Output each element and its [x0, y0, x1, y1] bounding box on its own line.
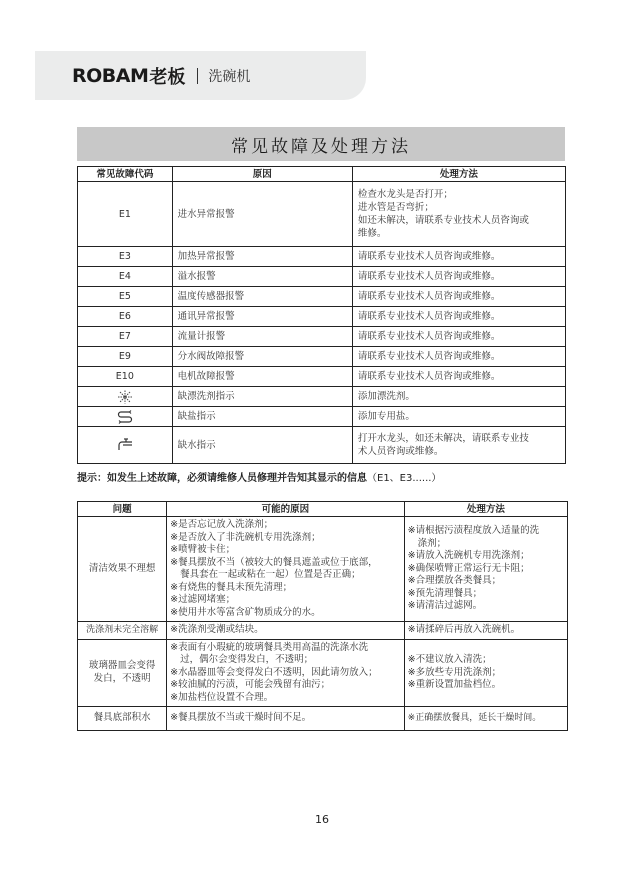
fault-solution: 请联系专业技术人员咨询或维修。 — [352, 247, 565, 267]
cause-line: 餐具套在一起或粘在一起）位置是否正确； — [170, 569, 400, 582]
table-row: E1 进水异常报警 检查水龙头是否打开； 进水管是否弯折； 如还未解决，请联系专… — [78, 182, 566, 247]
cause-line: ※喷臂被卡住； — [170, 544, 400, 557]
product-name: 洗碗机 — [208, 66, 250, 86]
tip-text: 如发生上述故障，必须请维修人员修理并告知其显示的信息 — [107, 473, 367, 484]
fault-solution: 请联系专业技术人员咨询或维修。 — [352, 287, 565, 307]
solution-line: ※请根据污渍程度放入适量的洗 — [408, 525, 564, 538]
fault-cause: 缺盐指示 — [172, 407, 352, 427]
cause-line: ※使用井水等富含矿物质成分的水。 — [170, 607, 400, 620]
column-header: 问题 — [78, 502, 167, 517]
fault-code: E6 — [78, 307, 173, 327]
cause-line: ※较油腻的污渍，可能会残留有油污； — [170, 679, 400, 692]
fault-code: E3 — [78, 247, 173, 267]
solution-line: 维修。 — [358, 227, 560, 240]
cause-line: ※加盐档位设置不合理。 — [170, 692, 400, 705]
cause-line: ※过滤网堵塞； — [170, 594, 400, 607]
fault-cause: 加热异常报警 — [172, 247, 352, 267]
fault-cause: 通讯异常报警 — [172, 307, 352, 327]
solution-line: 术人员咨询或维修。 — [358, 445, 560, 458]
solution-line: ※预先清理餐具； — [408, 588, 564, 601]
problem-line: 发白，不透明 — [81, 673, 163, 686]
fault-code — [78, 407, 173, 427]
table-row: 缺水指示 打开水龙头，如还未解决，请联系专业技 术人员咨询或维修。 — [78, 427, 566, 464]
divider — [197, 68, 198, 84]
tip-note: 提示：如发生上述故障，必须请维修人员修理并告知其显示的信息（E1、E3.....… — [77, 469, 441, 484]
solution-line: ※不建议放入清洗； — [408, 654, 564, 667]
solutions: ※请根据污渍程度放入适量的洗 涤剂； ※请放入洗碗机专用洗涤剂； ※确保喷臂正常… — [404, 517, 567, 622]
brand-latin: ROBAM — [72, 65, 148, 87]
fault-code: E5 — [78, 287, 173, 307]
causes: ※洗涤剂受潮或结块。 — [167, 622, 404, 640]
table-row: E9 分水阀故障报警 请联系专业技术人员咨询或维修。 — [78, 347, 566, 367]
problem-line: 玻璃器皿会变得 — [81, 660, 163, 673]
fault-code-table: 常见故障代码 原因 处理方法 E1 进水异常报警 检查水龙头是否打开； 进水管是… — [77, 166, 566, 464]
fault-cause: 缺水指示 — [172, 427, 352, 464]
column-header: 处理方法 — [404, 502, 567, 517]
salt-icon — [117, 410, 133, 424]
solution-line: 如还未解决，请联系专业技术人员咨询或 — [358, 214, 560, 227]
cause-line: ※有烧焦的餐具未预先清理； — [170, 582, 400, 595]
solution-line: ※重新设置加盐档位。 — [408, 679, 564, 692]
table-row: 玻璃器皿会变得 发白，不透明 ※表面有小瑕疵的玻璃餐具类用高温的洗涤水洗 过，偶… — [78, 639, 568, 707]
column-header: 原因 — [172, 167, 352, 182]
fault-code: E1 — [78, 182, 173, 247]
fault-cause: 溢水报警 — [172, 267, 352, 287]
fault-code — [78, 387, 173, 407]
table-row: 餐具底部积水 ※餐具摆放不当或干燥时间不足。 ※正确摆放餐具，延长干燥时间。 — [78, 707, 568, 731]
solution-line: ※确保喷臂正常运行无卡阻； — [408, 563, 564, 576]
table-header-row: 问题 可能的原因 处理方法 — [78, 502, 568, 517]
rinse-aid-icon — [117, 390, 133, 404]
solutions: ※请揉碎后再放入洗碗机。 — [404, 622, 567, 640]
table-row: E3 加热异常报警 请联系专业技术人员咨询或维修。 — [78, 247, 566, 267]
fault-solution: 检查水龙头是否打开； 进水管是否弯折； 如还未解决，请联系专业技术人员咨询或 维… — [352, 182, 565, 247]
solutions: ※正确摆放餐具，延长干燥时间。 — [404, 707, 567, 731]
fault-cause: 缺漂洗剂指示 — [172, 387, 352, 407]
table-row: 洗涤剂未完全溶解 ※洗涤剂受潮或结块。 ※请揉碎后再放入洗碗机。 — [78, 622, 568, 640]
causes: ※表面有小瑕疵的玻璃餐具类用高温的洗涤水洗 过，偶尔会变得发白，不透明； ※水晶… — [167, 639, 404, 707]
solution-line: 检查水龙头是否打开； — [358, 188, 560, 201]
table-row: E10 电机故障报警 请联系专业技术人员咨询或维修。 — [78, 367, 566, 387]
solution-line: 打开水龙头，如还未解决，请联系专业技 — [358, 432, 560, 445]
column-header: 处理方法 — [352, 167, 565, 182]
fault-cause: 进水异常报警 — [172, 182, 352, 247]
problem: 玻璃器皿会变得 发白，不透明 — [78, 639, 167, 707]
table-row: 缺漂洗剂指示 添加漂洗剂。 — [78, 387, 566, 407]
fault-solution: 添加漂洗剂。 — [352, 387, 565, 407]
solution-line: ※多放些专用洗涤剂； — [408, 667, 564, 680]
fault-solution: 打开水龙头，如还未解决，请联系专业技 术人员咨询或维修。 — [352, 427, 565, 464]
column-header: 常见故障代码 — [78, 167, 173, 182]
brand-cn: 老板 — [149, 63, 185, 89]
solution-line: ※请清洁过滤网。 — [408, 600, 564, 613]
fault-solution: 请联系专业技术人员咨询或维修。 — [352, 367, 565, 387]
table-row: 缺盐指示 添加专用盐。 — [78, 407, 566, 427]
table-row: E6 通讯异常报警 请联系专业技术人员咨询或维修。 — [78, 307, 566, 327]
solution-line: ※请放入洗碗机专用洗涤剂； — [408, 550, 564, 563]
page-number: 16 — [0, 813, 644, 826]
fault-code: E10 — [78, 367, 173, 387]
table-row: E7 流量计报警 请联系专业技术人员咨询或维修。 — [78, 327, 566, 347]
problem: 餐具底部积水 — [78, 707, 167, 731]
fault-solution: 请联系专业技术人员咨询或维修。 — [352, 307, 565, 327]
tip-suffix: （E1、E3......） — [367, 473, 441, 484]
causes: ※是否忘记放入洗涤剂； ※是否放入了非洗碗机专用洗涤剂； ※喷臂被卡住； ※餐具… — [167, 517, 404, 622]
fault-cause: 流量计报警 — [172, 327, 352, 347]
fault-cause: 电机故障报警 — [172, 367, 352, 387]
fault-solution: 请联系专业技术人员咨询或维修。 — [352, 267, 565, 287]
tip-label: 提示： — [77, 473, 107, 484]
solutions: ※不建议放入清洗； ※多放些专用洗涤剂； ※重新设置加盐档位。 — [404, 639, 567, 707]
causes: ※餐具摆放不当或干燥时间不足。 — [167, 707, 404, 731]
table-row: E4 溢水报警 请联系专业技术人员咨询或维修。 — [78, 267, 566, 287]
water-tap-icon — [116, 438, 134, 452]
solution-line: 进水管是否弯折； — [358, 201, 560, 214]
solution-line: 涤剂； — [408, 538, 564, 551]
fault-cause: 温度传感器报警 — [172, 287, 352, 307]
table-row: 清洁效果不理想 ※是否忘记放入洗涤剂； ※是否放入了非洗碗机专用洗涤剂； ※喷臂… — [78, 517, 568, 622]
solution-line: ※合理摆放各类餐具； — [408, 575, 564, 588]
fault-code — [78, 427, 173, 464]
cause-line: ※是否忘记放入洗涤剂； — [170, 519, 400, 532]
column-header: 可能的原因 — [167, 502, 404, 517]
cause-line: ※水晶器皿等会变得发白不透明，因此请勿放入； — [170, 667, 400, 680]
brand-logo: ROBAM 老板 洗碗机 — [72, 64, 250, 88]
fault-cause: 分水阀故障报警 — [172, 347, 352, 367]
cause-line: ※是否放入了非洗碗机专用洗涤剂； — [170, 532, 400, 545]
fault-code: E4 — [78, 267, 173, 287]
fault-solution: 请联系专业技术人员咨询或维修。 — [352, 327, 565, 347]
table-header-row: 常见故障代码 原因 处理方法 — [78, 167, 566, 182]
problem: 清洁效果不理想 — [78, 517, 167, 622]
fault-solution: 添加专用盐。 — [352, 407, 565, 427]
fault-solution: 请联系专业技术人员咨询或维修。 — [352, 347, 565, 367]
cause-line: 过，偶尔会变得发白，不透明； — [170, 654, 400, 667]
problem: 洗涤剂未完全溶解 — [78, 622, 167, 640]
fault-code: E9 — [78, 347, 173, 367]
fault-code: E7 — [78, 327, 173, 347]
troubleshooting-table: 问题 可能的原因 处理方法 清洁效果不理想 ※是否忘记放入洗涤剂； ※是否放入了… — [77, 501, 568, 731]
cause-line: ※表面有小瑕疵的玻璃餐具类用高温的洗涤水洗 — [170, 642, 400, 655]
section-title: 常见故障及处理方法 — [77, 127, 565, 161]
cause-line: ※餐具摆放不当（被较大的餐具遮盖或位于底部， — [170, 557, 400, 570]
table-row: E5 温度传感器报警 请联系专业技术人员咨询或维修。 — [78, 287, 566, 307]
